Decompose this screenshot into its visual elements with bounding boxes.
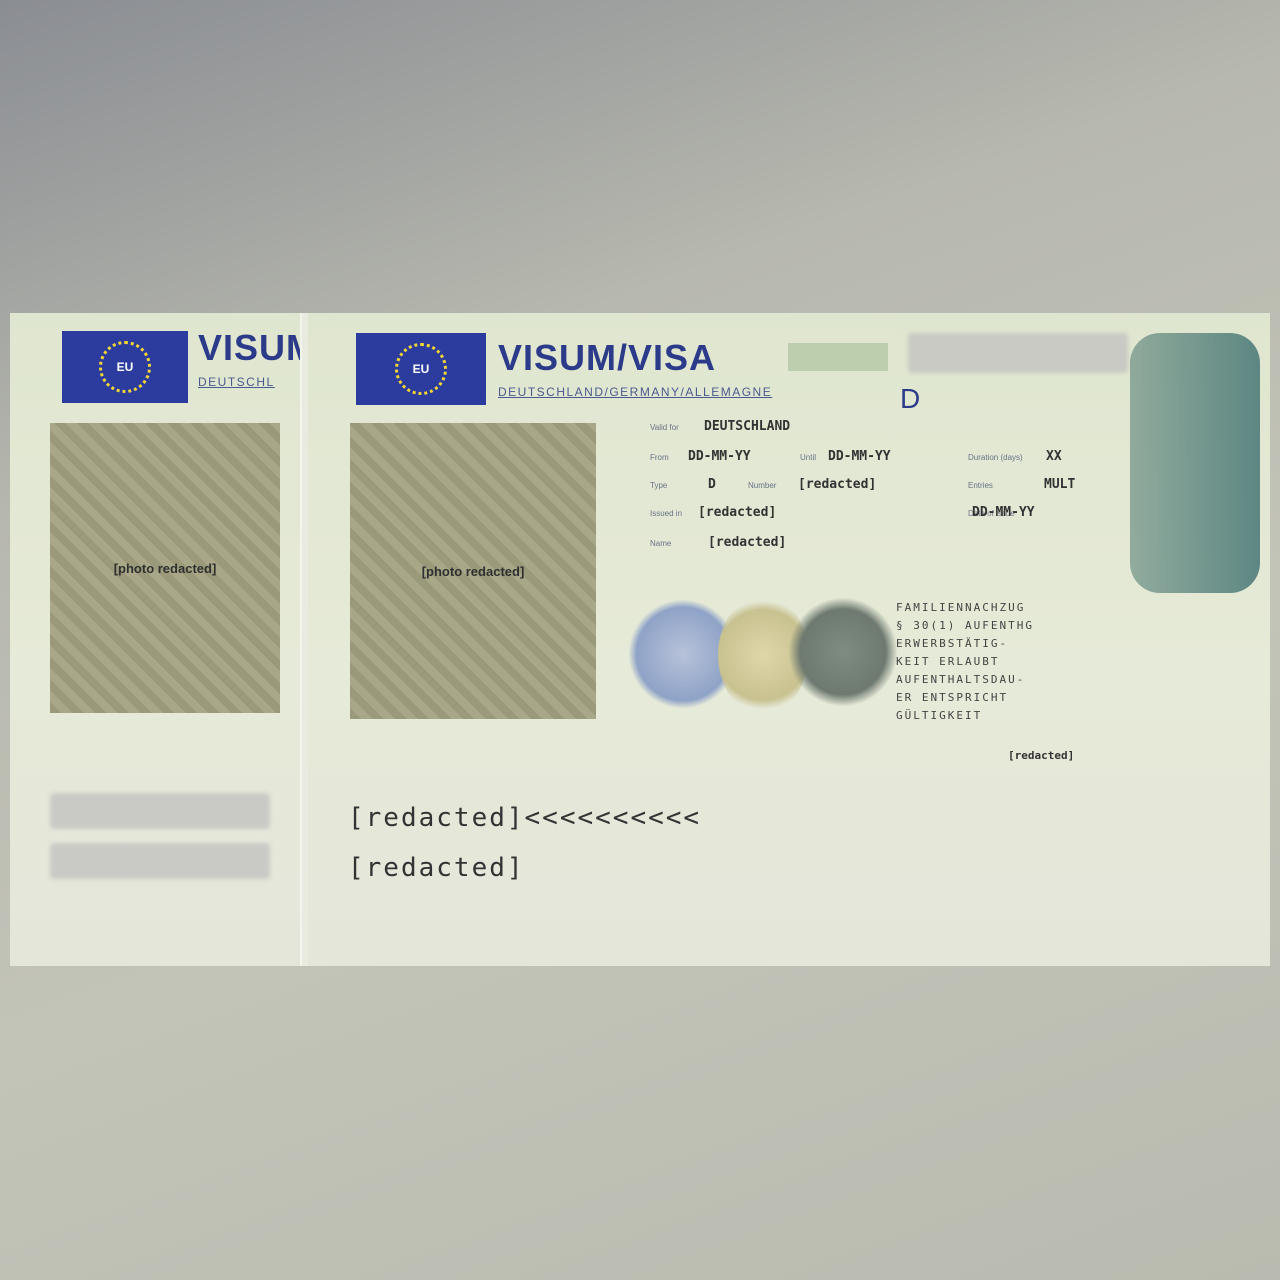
holder-photo: [photo redacted]: [350, 423, 596, 719]
holder-name-value: [redacted]: [708, 535, 786, 550]
redacted-photo: [photo redacted]: [350, 423, 596, 719]
valid-for-value: DEUTSCHLAND: [704, 419, 790, 434]
redacted-photo: [photo redacted]: [50, 423, 280, 713]
signature: [redacted]: [1008, 749, 1074, 762]
eu-flag-icon: EU: [356, 333, 486, 405]
visa-subtitle: DEUTSCHLAND/GERMANY/ALLEMAGNE: [498, 385, 772, 399]
hologram-strip-icon: [1130, 333, 1260, 593]
redacted-header: [908, 333, 1128, 373]
issue-date-value: DD-MM-YY: [972, 505, 1035, 520]
entries-value: MULT: [1044, 477, 1075, 492]
redacted-mrz: [50, 793, 270, 829]
redacted-mrz: [50, 843, 270, 879]
mrz-line-2: [redacted]: [348, 853, 525, 883]
visa-number-value: [redacted]: [798, 477, 876, 492]
visa-front-card: EU VISUM/VISA DEUTSCHLAND/GERMANY/ALLEMA…: [308, 313, 1270, 966]
remarks-text: FAMILIENNACHZUG § 30(1) AUFENTHG ERWERBS…: [896, 599, 1034, 725]
visa-type-value: D: [708, 477, 716, 492]
duration-value: XX: [1046, 449, 1062, 464]
eu-flag-icon: EU: [62, 331, 188, 403]
visa-photo: EU VISUM DEUTSCHL [photo redacted] EU VI…: [10, 313, 1270, 966]
stamp-seal-icon: [788, 597, 898, 707]
visa-back-card: EU VISUM DEUTSCHL [photo redacted]: [10, 313, 302, 966]
holder-photo: [photo redacted]: [50, 423, 280, 713]
visa-category: D: [900, 383, 920, 415]
visa-subtitle: DEUTSCHL: [198, 375, 275, 389]
valid-from-value: DD-MM-YY: [688, 449, 751, 464]
security-band: [788, 343, 888, 371]
issued-in-value: [redacted]: [698, 505, 776, 520]
visa-title: VISUM: [198, 327, 302, 369]
valid-until-value: DD-MM-YY: [828, 449, 891, 464]
visa-title: VISUM/VISA: [498, 337, 716, 379]
mrz-line-1: [redacted]<<<<<<<<<<: [348, 803, 701, 833]
